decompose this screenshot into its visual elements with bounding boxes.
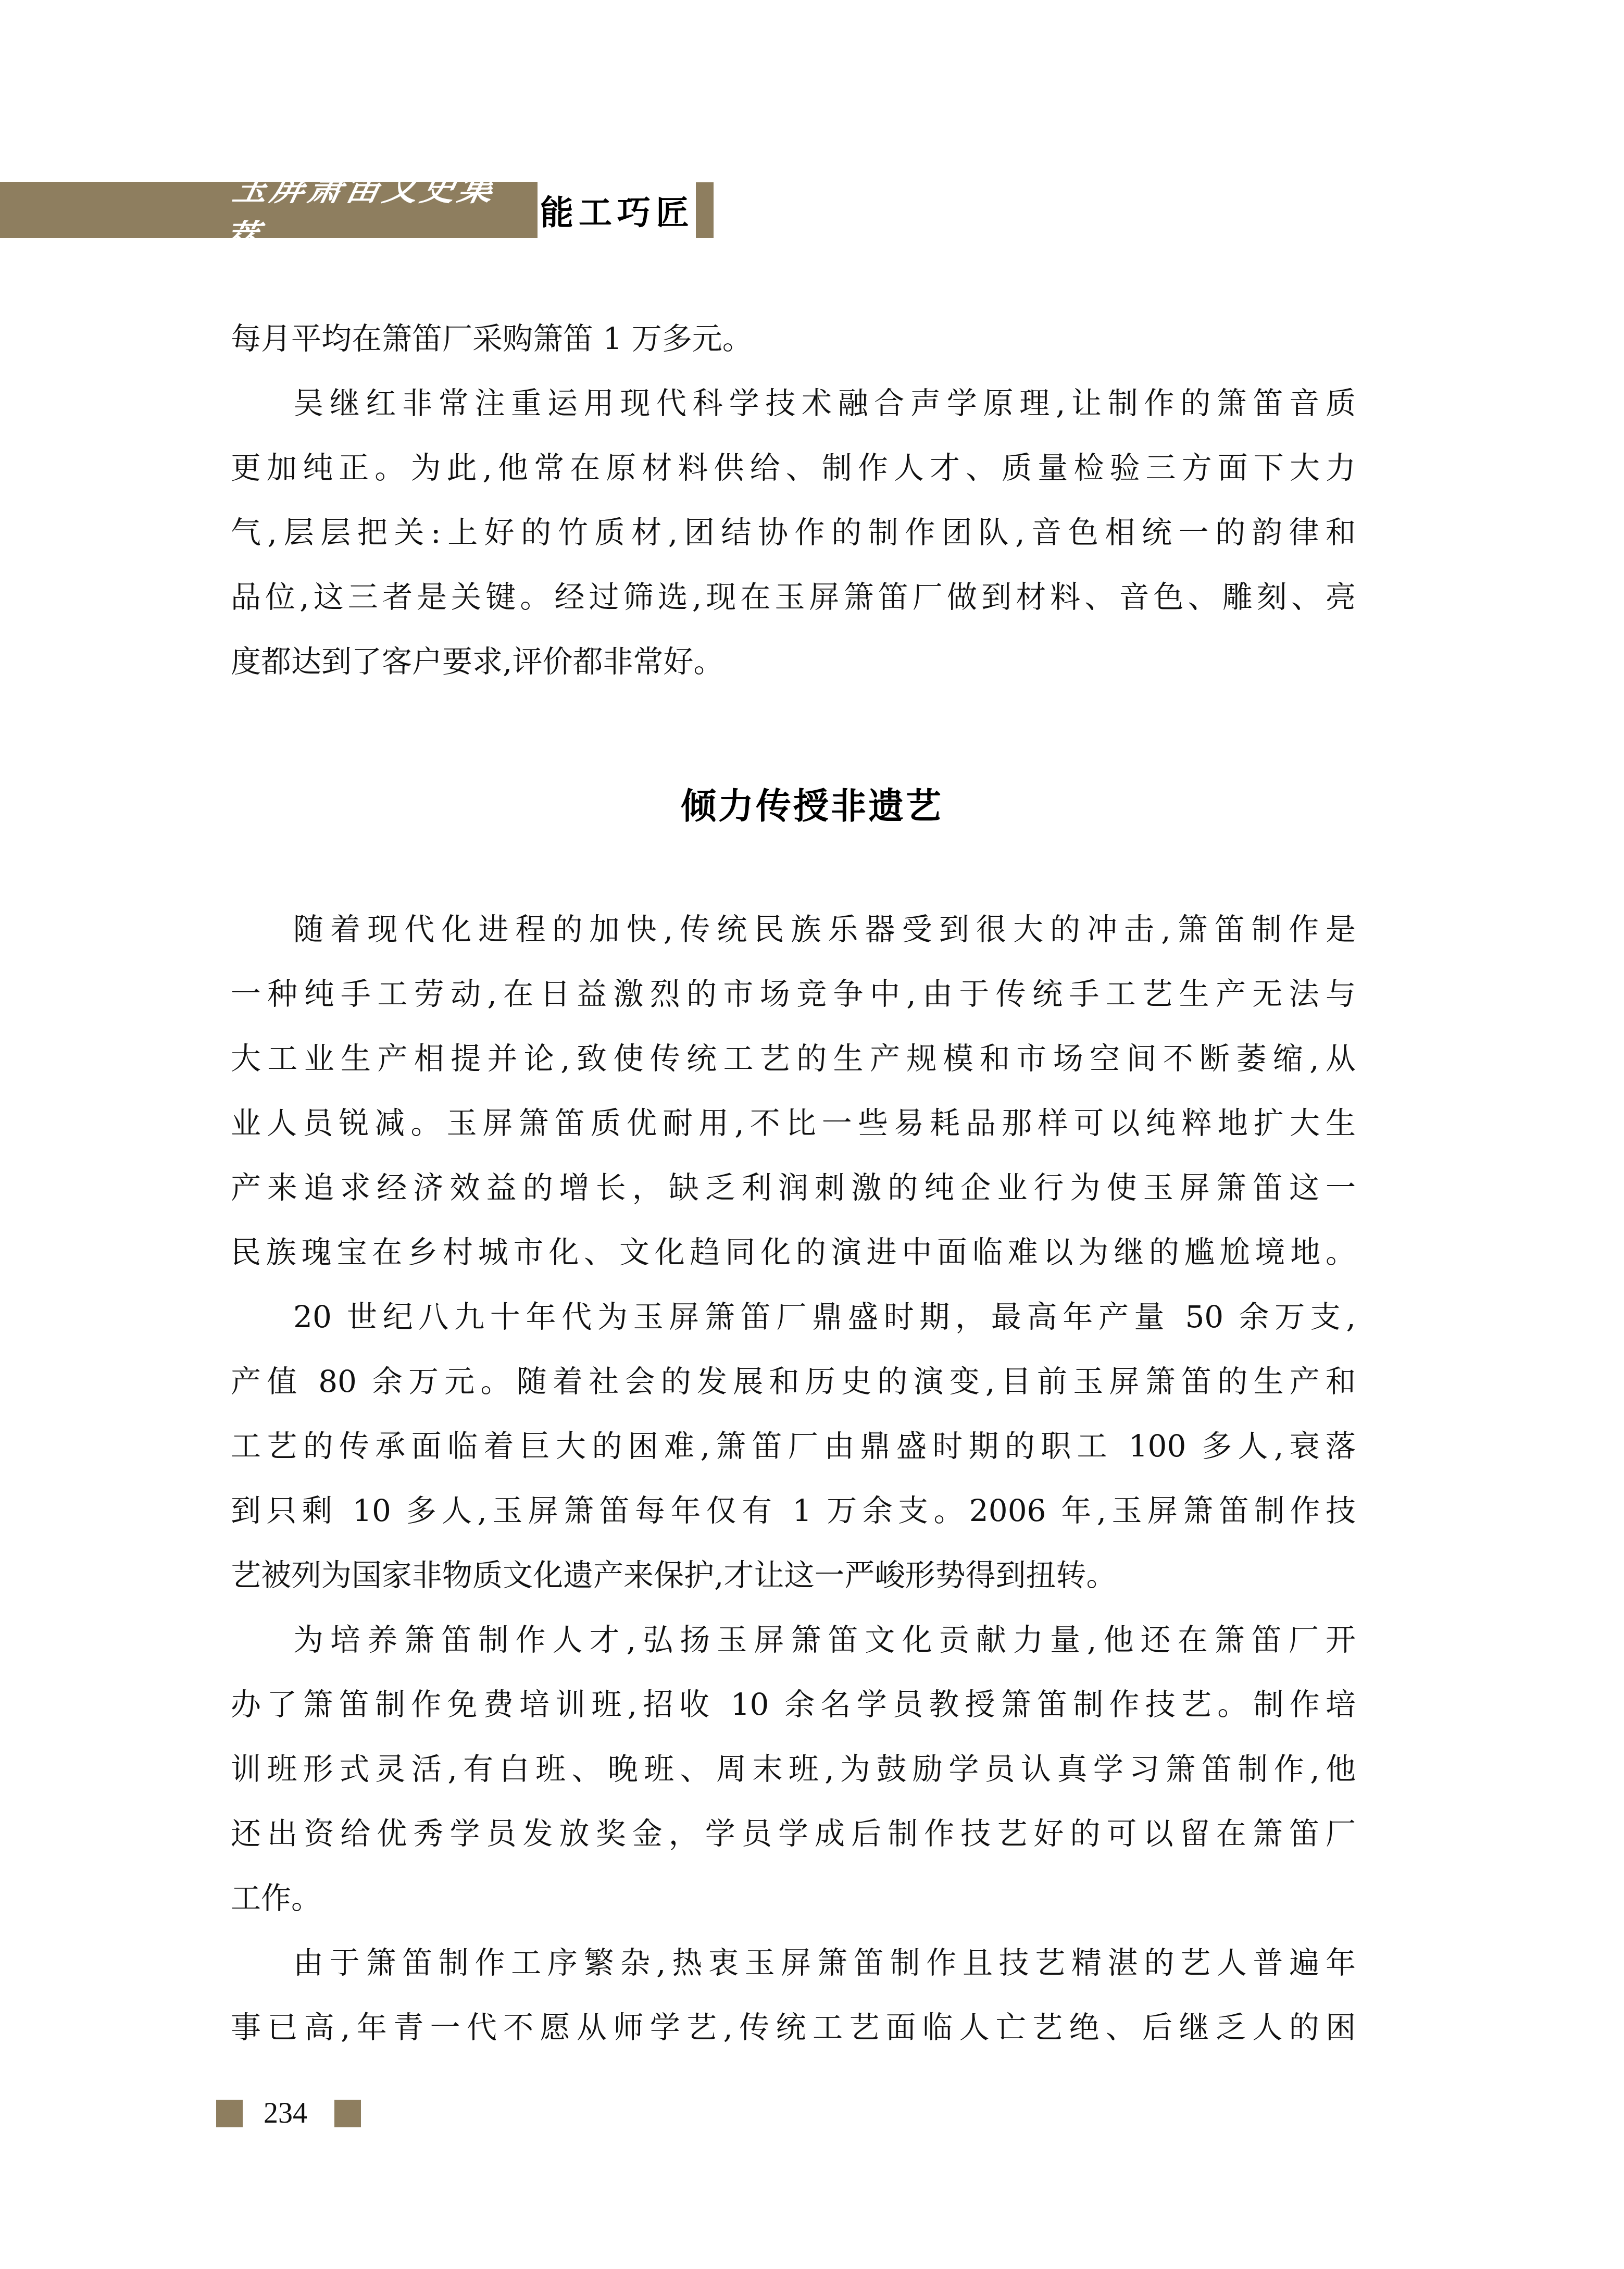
text-line: 由于箫笛制作工序繁杂,热衷玉屏箫笛制作且技艺精湛的艺人普遍年 [231,1930,1356,1995]
section-label: 能工巧匠 [540,182,695,238]
text-line: 业人员锐减。玉屏箫笛质优耐用,不比一些易耗品那样可以纯粹地扩大生 [231,1091,1356,1155]
text-line: 到只剩 10 多人,玉屏箫笛每年仅有 1 万余支。2006 年,玉屏箫笛制作技 [231,1478,1356,1543]
text-line: 产值 80 余万元。随着社会的发展和历史的演变,目前玉屏箫笛的生产和 [231,1349,1356,1414]
book-title-calligraphy: 玉屏箫笛文史集萃 [223,182,527,238]
text-line: 工艺的传承面临着巨大的困难,箫笛厂由鼎盛时期的职工 100 多人,衰落 [231,1414,1356,1478]
text-line: 民族瑰宝在乡村城市化、文化趋同化的演进中面临难以为继的尴尬境地。 [231,1220,1356,1285]
text-line: 20 世纪八九十年代为玉屏箫笛厂鼎盛时期，最高年产量 50 余万支, [231,1285,1356,1349]
text-line: 一种纯手工劳动,在日益激烈的市场竞争中,由于传统手工艺生产无法与 [231,962,1356,1026]
header-end-bar [696,182,714,238]
text-line: 还出资给优秀学员发放奖金，学员学成后制作技艺好的可以留在箫笛厂 [231,1801,1356,1866]
text-line: 为培养箫笛制作人才,弘扬玉屏箫笛文化贡献力量,他还在箫笛厂开 [231,1607,1356,1672]
footer-square-left [216,2100,243,2127]
text-line: 艺被列为国家非物质文化遗产来保护,才让这一严峻形势得到扭转。 [231,1543,1356,1607]
text-line: 训班形式灵活,有白班、晚班、周末班,为鼓励学员认真学习箫笛制作,他 [231,1737,1356,1801]
text-line: 吴继红非常注重运用现代科学技术融合声学原理,让制作的箫笛音质 [231,371,1356,435]
text-line: 办了箫笛制作免费培训班,招收 10 余名学员教授箫笛制作技艺。制作培 [231,1672,1356,1737]
page-footer: 234 [216,2099,361,2127]
text-line: 产来追求经济效益的增长，缺乏利润刺激的纯企业行为使玉屏箫笛这一 [231,1155,1356,1220]
text-line: 每月平均在箫笛厂采购箫笛 1 万多元。 [231,306,1356,371]
text-line: 工作。 [231,1866,1356,1930]
text-line: 气,层层把关:上好的竹质材,团结协作的制作团队,音色相统一的韵律和 [231,500,1356,565]
text-line: 大工业生产相提并论,致使传统工艺的生产规模和市场空间不断萎缩,从 [231,1026,1356,1091]
text-line: 事已高,年青一代不愿从师学艺,传统工艺面临人亡艺绝、后继乏人的困 [231,1995,1356,2060]
text-line: 度都达到了客户要求,评价都非常好。 [231,629,1356,694]
section-heading: 倾力传授非遗艺 [0,781,1624,831]
footer-square-right [334,2100,361,2127]
text-line: 随着现代化进程的加快,传统民族乐器受到很大的冲击,箫笛制作是 [231,897,1356,962]
page-number: 234 [264,2099,307,2127]
text-line: 更加纯正。为此,他常在原材料供给、制作人才、质量检验三方面下大力 [231,435,1356,500]
text-line: 品位,这三者是关键。经过筛选,现在玉屏箫笛厂做到材料、音色、雕刻、亮 [231,565,1356,629]
